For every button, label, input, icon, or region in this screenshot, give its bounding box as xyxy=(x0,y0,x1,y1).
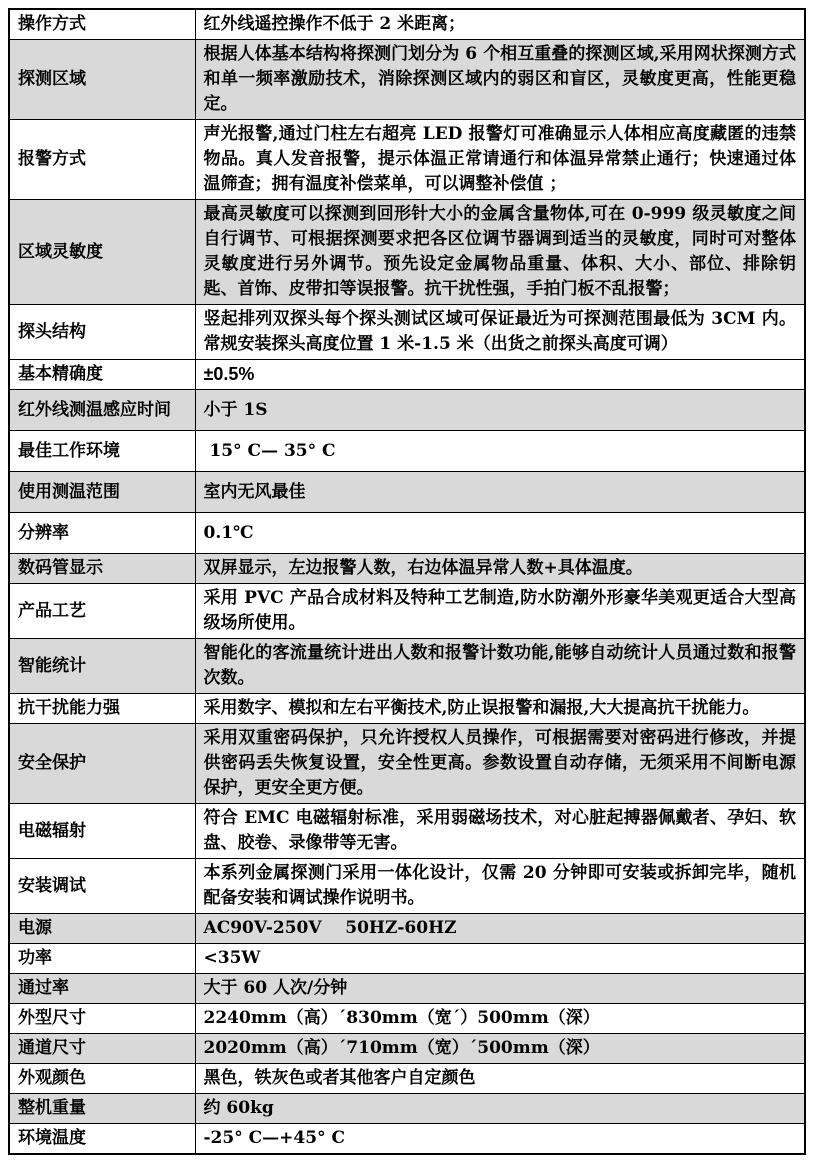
spec-label: 分辨率 xyxy=(9,513,195,554)
table-row: 通过率大于 60 人次/分钟 xyxy=(9,974,805,1004)
spec-value: 小于 1S xyxy=(195,390,805,431)
table-row: 基本精确度±0.5% xyxy=(9,360,805,390)
table-row: 环境温度-25° C—+45° C xyxy=(9,1124,805,1155)
spec-value: 室内无风最佳 xyxy=(195,472,805,513)
spec-value: 竖起排列双探头每个探头测试区域可保证最近为可探测范围最低为 3CM 内。常规安装… xyxy=(195,305,805,360)
table-row: 电磁辐射符合 EMC 电磁辐射标准，采用弱磁场技术，对心脏起搏器佩戴者、孕妇、软… xyxy=(9,804,805,859)
spec-value: 黑色，铁灰色或者其他客户自定颜色 xyxy=(195,1064,805,1094)
spec-label: 安全保护 xyxy=(9,724,195,804)
spec-value: <35W xyxy=(195,944,805,974)
spec-label: 环境温度 xyxy=(9,1124,195,1155)
spec-label: 通道尺寸 xyxy=(9,1034,195,1064)
spec-value: 15° C— 35° C xyxy=(195,431,805,472)
spec-label: 红外线测温感应时间 xyxy=(9,390,195,431)
table-row: 抗干扰能力强采用数字、模拟和左右平衡技术,防止误报警和漏报,大大提高抗干扰能力。 xyxy=(9,694,805,724)
table-row: 使用测温范围室内无风最佳 xyxy=(9,472,805,513)
table-row: 区域灵敏度最高灵敏度可以探测到回形针大小的金属含量物体,可在 0-999 级灵敏… xyxy=(9,200,805,305)
spec-value: 最高灵敏度可以探测到回形针大小的金属含量物体,可在 0-999 级灵敏度之间自行… xyxy=(195,200,805,305)
spec-label: 通过率 xyxy=(9,974,195,1004)
table-row: 分辨率0.1℃ xyxy=(9,513,805,554)
spec-value: 红外线遥控操作不低于 2 米距离； xyxy=(195,9,805,40)
table-row: 红外线测温感应时间小于 1S xyxy=(9,390,805,431)
table-row: 功率<35W xyxy=(9,944,805,974)
table-row: 安装调试本系列金属探测门采用一体化设计，仅需 20 分钟即可安装或拆卸完毕，随机… xyxy=(9,859,805,914)
spec-label: 智能统计 xyxy=(9,639,195,694)
spec-label: 基本精确度 xyxy=(9,360,195,390)
table-row: 外观颜色黑色，铁灰色或者其他客户自定颜色 xyxy=(9,1064,805,1094)
table-row: 产品工艺采用 PVC 产品合成材料及特种工艺制造,防水防潮外形豪华美观更适合大型… xyxy=(9,584,805,639)
spec-label: 外型尺寸 xyxy=(9,1004,195,1034)
spec-label: 最佳工作环境 xyxy=(9,431,195,472)
spec-table: 操作方式红外线遥控操作不低于 2 米距离；探测区域根据人体基本结构将探测门划分为… xyxy=(8,8,806,1155)
spec-value: -25° C—+45° C xyxy=(195,1124,805,1155)
spec-value: 大于 60 人次/分钟 xyxy=(195,974,805,1004)
spec-value: 声光报警,通过门柱左右超亮 LED 报警灯可准确显示人体相应高度藏匿的违禁物品。… xyxy=(195,120,805,200)
spec-table-body: 操作方式红外线遥控操作不低于 2 米距离；探测区域根据人体基本结构将探测门划分为… xyxy=(9,9,805,1154)
table-row: 报警方式声光报警,通过门柱左右超亮 LED 报警灯可准确显示人体相应高度藏匿的违… xyxy=(9,120,805,200)
spec-value: 采用数字、模拟和左右平衡技术,防止误报警和漏报,大大提高抗干扰能力。 xyxy=(195,694,805,724)
table-row: 外型尺寸2240mm（高）´830mm（宽´）500mm（深） xyxy=(9,1004,805,1034)
spec-value: 根据人体基本结构将探测门划分为 6 个相互重叠的探测区域,采用网状探测方式和单一… xyxy=(195,40,805,120)
table-row: 探测区域根据人体基本结构将探测门划分为 6 个相互重叠的探测区域,采用网状探测方… xyxy=(9,40,805,120)
spec-value: AC90V-250V 50HZ-60HZ xyxy=(195,914,805,944)
spec-label: 电源 xyxy=(9,914,195,944)
spec-label: 功率 xyxy=(9,944,195,974)
spec-label: 探测区域 xyxy=(9,40,195,120)
spec-label: 区域灵敏度 xyxy=(9,200,195,305)
spec-value: 本系列金属探测门采用一体化设计，仅需 20 分钟即可安装或拆卸完毕，随机配备安装… xyxy=(195,859,805,914)
spec-value: 约 60kg xyxy=(195,1094,805,1124)
table-row: 操作方式红外线遥控操作不低于 2 米距离； xyxy=(9,9,805,40)
spec-value: ±0.5% xyxy=(195,360,805,390)
spec-value: 智能化的客流量统计进出人数和报警计数功能,能够自动统计人员通过数和报警次数。 xyxy=(195,639,805,694)
table-row: 智能统计智能化的客流量统计进出人数和报警计数功能,能够自动统计人员通过数和报警次… xyxy=(9,639,805,694)
spec-label: 整机重量 xyxy=(9,1094,195,1124)
spec-value: 采用 PVC 产品合成材料及特种工艺制造,防水防潮外形豪华美观更适合大型高级场所… xyxy=(195,584,805,639)
spec-label: 抗干扰能力强 xyxy=(9,694,195,724)
spec-label: 外观颜色 xyxy=(9,1064,195,1094)
table-row: 探头结构竖起排列双探头每个探头测试区域可保证最近为可探测范围最低为 3CM 内。… xyxy=(9,305,805,360)
table-row: 电源AC90V-250V 50HZ-60HZ xyxy=(9,914,805,944)
spec-label: 探头结构 xyxy=(9,305,195,360)
spec-value: 2240mm（高）´830mm（宽´）500mm（深） xyxy=(195,1004,805,1034)
spec-value: 采用双重密码保护，只允许授权人员操作，可根据需要对密码进行修改，并提供密码丢失恢… xyxy=(195,724,805,804)
spec-label: 操作方式 xyxy=(9,9,195,40)
spec-value: 0.1℃ xyxy=(195,513,805,554)
spec-label: 安装调试 xyxy=(9,859,195,914)
spec-value: 双屏显示，左边报警人数，右边体温异常人数+具体温度。 xyxy=(195,554,805,584)
spec-label: 使用测温范围 xyxy=(9,472,195,513)
table-row: 整机重量约 60kg xyxy=(9,1094,805,1124)
spec-label: 报警方式 xyxy=(9,120,195,200)
table-row: 数码管显示双屏显示，左边报警人数，右边体温异常人数+具体温度。 xyxy=(9,554,805,584)
spec-label: 产品工艺 xyxy=(9,584,195,639)
spec-value: 符合 EMC 电磁辐射标准，采用弱磁场技术，对心脏起搏器佩戴者、孕妇、软盘、胶卷… xyxy=(195,804,805,859)
table-row: 安全保护采用双重密码保护，只允许授权人员操作，可根据需要对密码进行修改，并提供密… xyxy=(9,724,805,804)
table-row: 通道尺寸2020mm（高）´710mm（宽）´500mm（深） xyxy=(9,1034,805,1064)
spec-label: 电磁辐射 xyxy=(9,804,195,859)
spec-label: 数码管显示 xyxy=(9,554,195,584)
spec-value: 2020mm（高）´710mm（宽）´500mm（深） xyxy=(195,1034,805,1064)
table-row: 最佳工作环境 15° C— 35° C xyxy=(9,431,805,472)
